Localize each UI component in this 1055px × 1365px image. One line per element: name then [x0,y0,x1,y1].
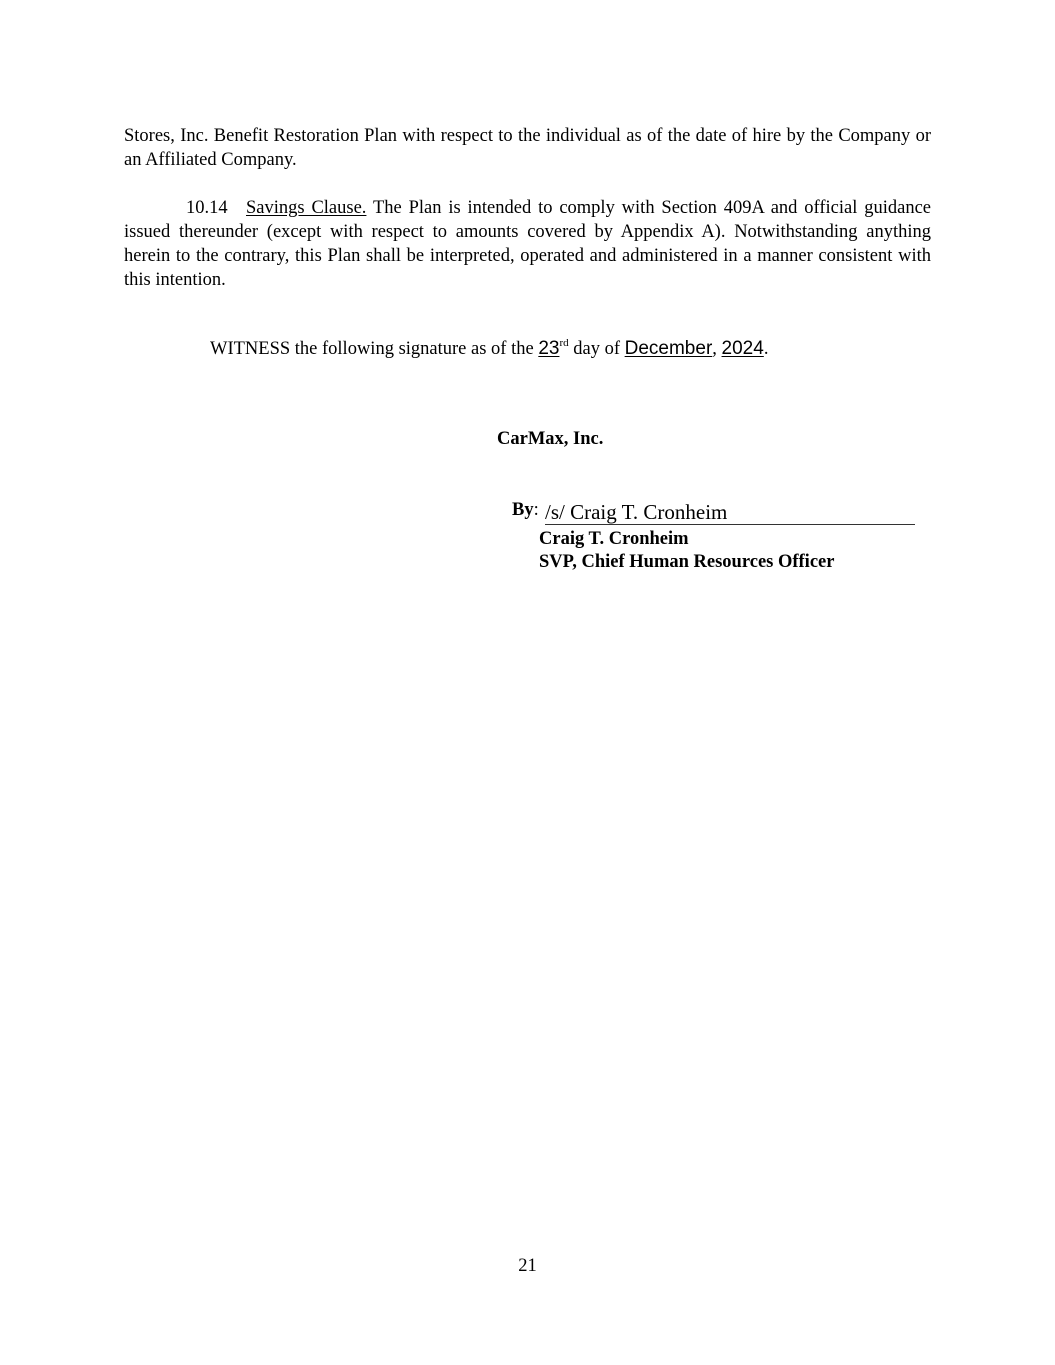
paragraph-continued: Stores, Inc. Benefit Restoration Plan wi… [124,124,931,172]
signer-name: Craig T. Cronheim [539,528,834,551]
witness-end: . [764,339,769,359]
witness-line: WITNESS the following signature as of th… [210,336,768,362]
witness-day: 23 [538,338,559,359]
company-name: CarMax, Inc. [497,429,603,450]
signature-text: /s/ Craig T. Cronheim [545,500,727,524]
witness-prefix: WITNESS the following signature as of th… [210,339,538,359]
section-heading: Savings Clause. [246,198,366,218]
witness-month: December [625,338,713,359]
by-label: By [512,500,534,520]
signer-title: SVP, Chief Human Resources Officer [539,551,834,574]
page-number: 21 [0,1256,1055,1277]
witness-day-suffix: rd [559,337,568,349]
signer-info: Craig T. Cronheim SVP, Chief Human Resou… [539,528,834,574]
witness-comma: , [712,339,721,359]
section-10-14-paragraph: 10.14Savings Clause. The Plan is intende… [124,196,931,292]
witness-year: 2024 [722,338,764,359]
signature-line: By: /s/ Craig T. Cronheim [512,500,539,521]
witness-middle: day of [569,339,625,359]
document-page: Stores, Inc. Benefit Restoration Plan wi… [0,0,1055,1365]
by-colon: : [534,500,539,520]
section-number: 10.14 [186,196,246,220]
